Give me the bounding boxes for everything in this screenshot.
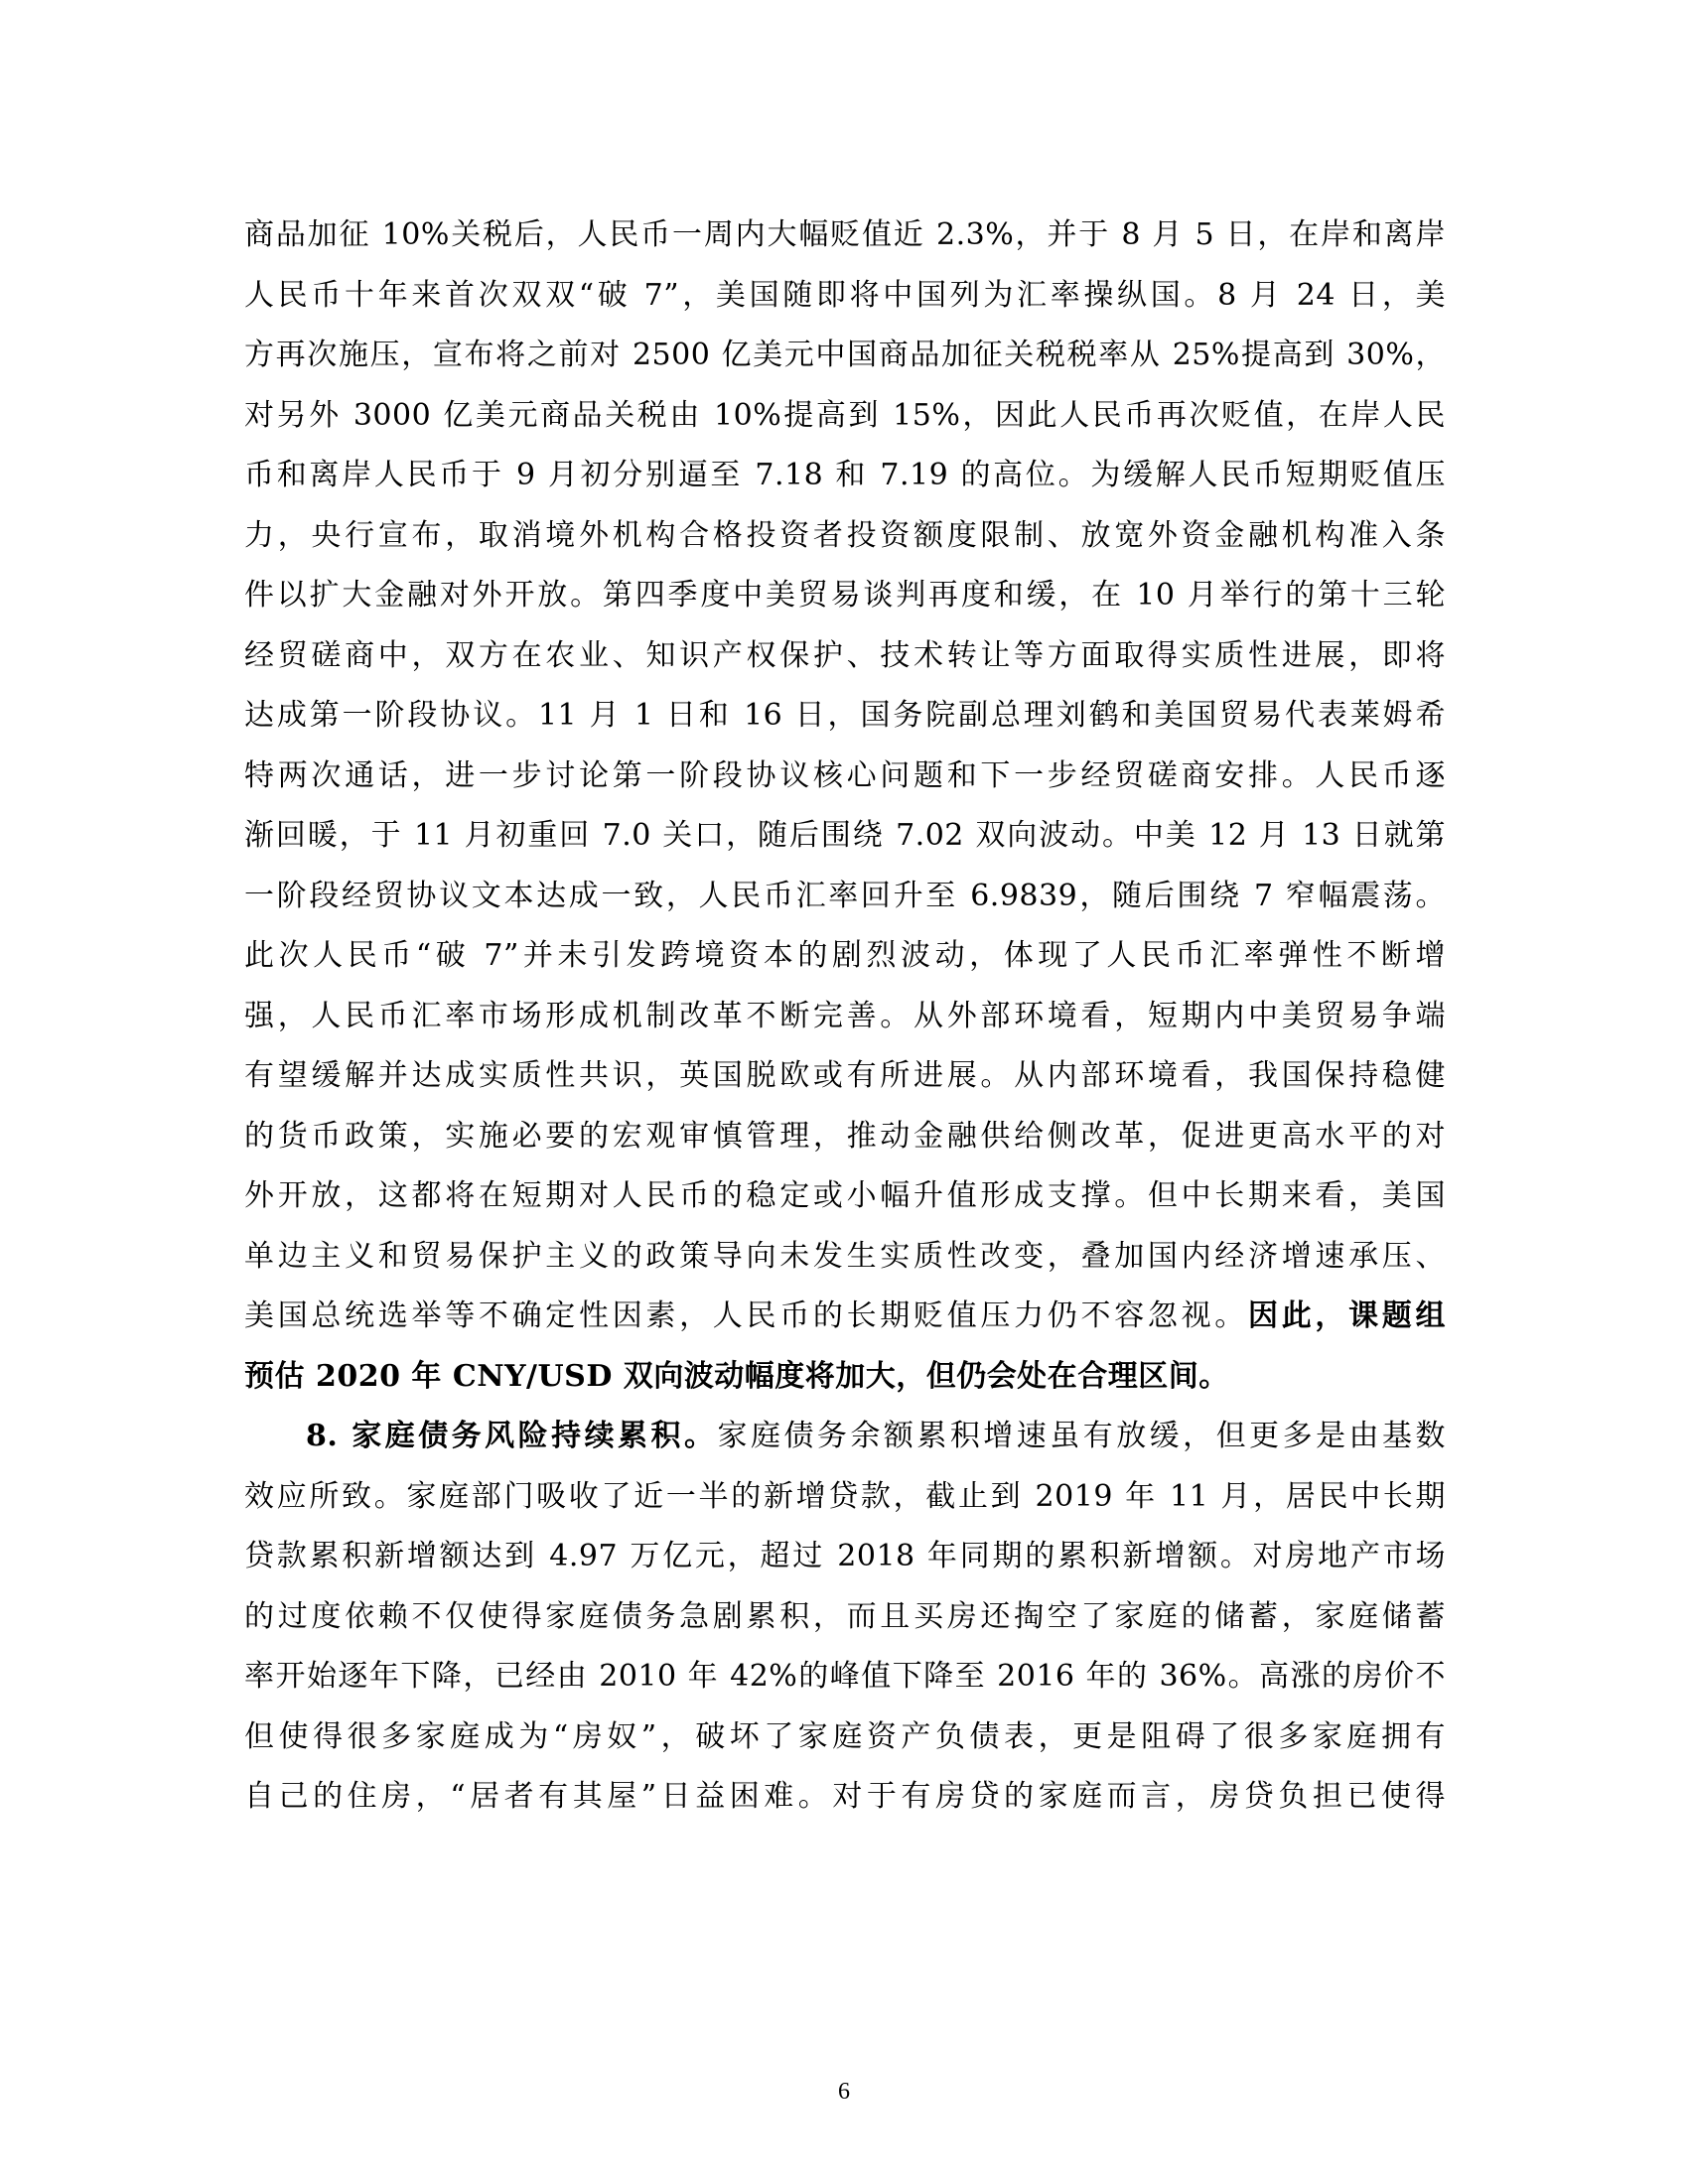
- text-line: 单边主义和贸易保护主义的政策导向未发生实质性改变，叠加国内经济增速承压、: [244, 1227, 1446, 1288]
- text-line: 贷款累积新增额达到 4.97 万亿元，超过 2018 年同期的累积新增额。对房地…: [244, 1527, 1446, 1587]
- text-line: 渐回暖，于 11 月初重回 7.0 关口，随后围绕 7.02 双向波动。中美 1…: [244, 806, 1446, 867]
- text-line: 达成第一阶段协议。11 月 1 日和 16 日，国务院副总理刘鹤和美国贸易代表莱…: [244, 686, 1446, 747]
- section-8-household-debt: 8. 家庭债务风险持续累积。家庭债务余额累积增速虽有放缓，但更多是由基数 效应所…: [244, 1407, 1446, 1828]
- text-line: 有望缓解并达成实质性共识，英国脱欧或有所进展。从内部环境看，我国保持稳健: [244, 1046, 1446, 1107]
- text-line: 人民币十年来首次双双“破 7”，美国随即将中国列为汇率操纵国。8 月 24 日，…: [244, 266, 1446, 327]
- text-line: 对另外 3000 亿美元商品关税由 10%提高到 15%，因此人民币再次贬值，在…: [244, 386, 1446, 447]
- text-line: 此次人民币“破 7”并未引发跨境资本的剧烈波动，体现了人民币汇率弹性不断增: [244, 926, 1446, 987]
- text-line: 经贸磋商中，双方在农业、知识产权保护、技术转让等方面取得实质性进展，即将: [244, 626, 1446, 687]
- conclusion-bold-line: 预估 2020 年 CNY/USD 双向波动幅度将加大，但仍会处在合理区间。: [244, 1347, 1446, 1408]
- text-line: 的货币政策，实施必要的宏观审慎管理，推动金融供给侧改革，促进更高水平的对: [244, 1107, 1446, 1167]
- text-line: 率开始逐年下降，已经由 2010 年 42%的峰值下降至 2016 年的 36%…: [244, 1647, 1446, 1707]
- text-line: 一阶段经贸协议文本达成一致，人民币汇率回升至 6.9839，随后围绕 7 窄幅震…: [244, 867, 1446, 927]
- text-line: 外开放，这都将在短期对人民币的稳定或小幅升值形成支撑。但中长期来看，美国: [244, 1166, 1446, 1227]
- text-line: 效应所致。家庭部门吸收了近一半的新增贷款，截止到 2019 年 11 月，居民中…: [244, 1467, 1446, 1528]
- paragraph-rmb-exchange-rate: 商品加征 10%关税后，人民币一周内大幅贬值近 2.3%，并于 8 月 5 日，…: [244, 205, 1446, 1407]
- text-normal: 美国总统选举等不确定性因素，人民币的长期贬值压力仍不容忽视。: [244, 1298, 1248, 1333]
- text-line: 力，央行宣布，取消境外机构合格投资者投资额度限制、放宽外资金融机构准入条: [244, 506, 1446, 567]
- text-line: 商品加征 10%关税后，人民币一周内大幅贬值近 2.3%，并于 8 月 5 日，…: [244, 205, 1446, 266]
- document-page: 商品加征 10%关税后，人民币一周内大幅贬值近 2.3%，并于 8 月 5 日，…: [0, 0, 1688, 2184]
- text-line: 但使得很多家庭成为“房奴”，破坏了家庭资产负债表，更是阻碍了很多家庭拥有: [244, 1707, 1446, 1768]
- body-text: 商品加征 10%关税后，人民币一周内大幅贬值近 2.3%，并于 8 月 5 日，…: [244, 205, 1446, 1828]
- section-heading-line: 8. 家庭债务风险持续累积。家庭债务余额累积增速虽有放缓，但更多是由基数: [244, 1407, 1446, 1467]
- text-line: 自己的住房，“居者有其屋”日益困难。对于有房贷的家庭而言，房贷负担已使得: [244, 1767, 1446, 1828]
- page-number: 6: [0, 2079, 1688, 2106]
- text-line: 的过度依赖不仅使得家庭债务急剧累积，而且买房还掏空了家庭的储蓄，家庭储蓄: [244, 1587, 1446, 1648]
- section-heading: 8. 家庭债务风险持续累积。: [306, 1419, 717, 1453]
- text-line: 强，人民币汇率市场形成机制改革不断完善。从外部环境看，短期内中美贸易争端: [244, 987, 1446, 1047]
- conclusion-bold-text: 因此，课题组: [1248, 1298, 1446, 1333]
- text-line: 特两次通话，进一步讨论第一阶段协议核心问题和下一步经贸磋商安排。人民币逐: [244, 747, 1446, 807]
- text-normal: 家庭债务余额累积增速虽有放缓，但更多是由基数: [717, 1419, 1446, 1453]
- text-line-mixed: 美国总统选举等不确定性因素，人民币的长期贬值压力仍不容忽视。因此，课题组: [244, 1287, 1446, 1347]
- text-line: 方再次施压，宣布将之前对 2500 亿美元中国商品加征关税税率从 25%提高到 …: [244, 326, 1446, 386]
- text-line: 件以扩大金融对外开放。第四季度中美贸易谈判再度和缓，在 10 月举行的第十三轮: [244, 566, 1446, 626]
- text-line: 币和离岸人民币于 9 月初分别逼至 7.18 和 7.19 的高位。为缓解人民币…: [244, 446, 1446, 506]
